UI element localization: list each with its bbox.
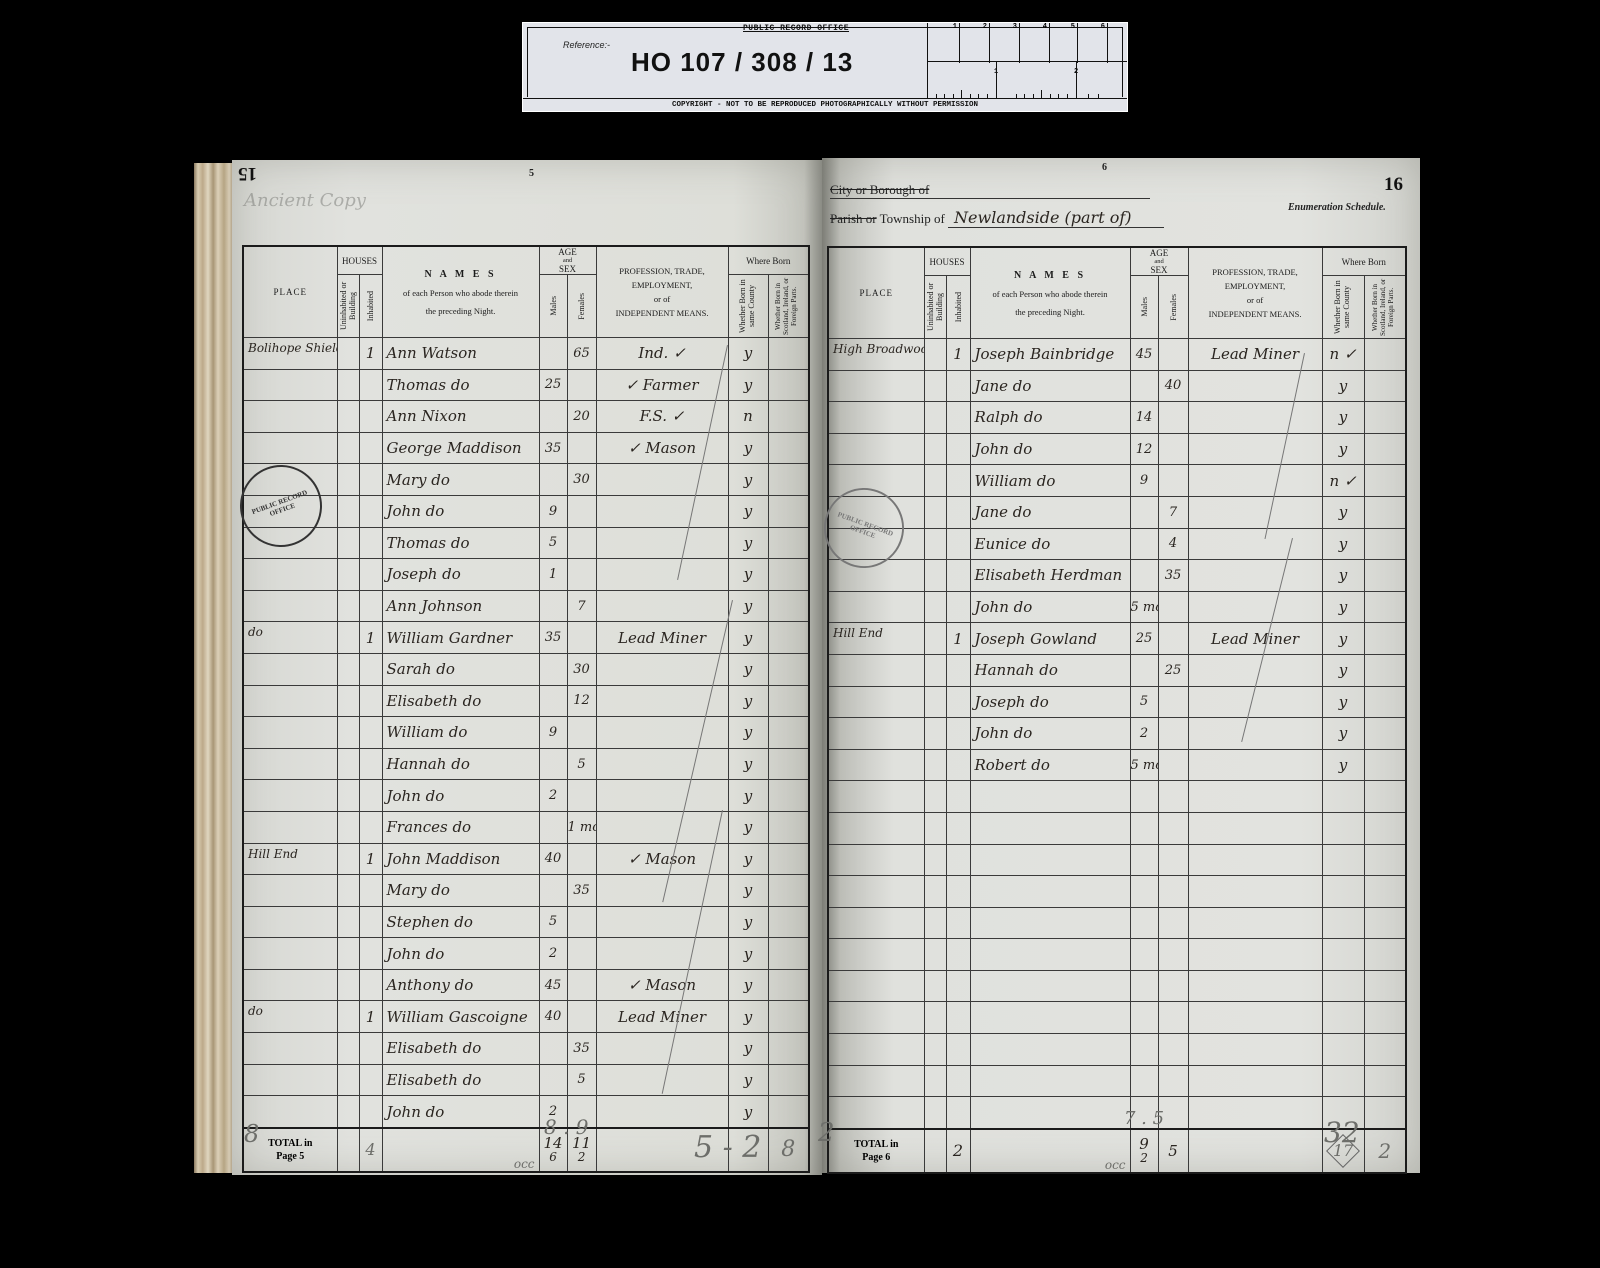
table-row: Elisabeth Herdman35y [828, 560, 1406, 592]
uninhabited-cell [337, 1033, 359, 1065]
margin-note-bottom-right: 32 [1324, 1116, 1360, 1149]
females-age-cell [567, 432, 596, 464]
same-county-cell [1322, 876, 1364, 908]
name-cell: John do [382, 780, 539, 812]
profession-cell: Lead Miner [1188, 623, 1322, 655]
place-cell: Hill End [828, 623, 924, 655]
inhabited-cell [359, 811, 382, 843]
foreign-parts-cell [1364, 560, 1406, 592]
foreign-parts-cell [768, 653, 809, 685]
place-cell [243, 401, 337, 433]
reference-piece: 308 [751, 47, 797, 77]
foreign-parts-cell [768, 559, 809, 591]
foreign-parts-cell [768, 1033, 809, 1065]
table-row [828, 1097, 1406, 1129]
same-county-cell [1322, 844, 1364, 876]
females-age-cell [1158, 623, 1188, 655]
right-table-body: High Broadwood1Joseph Bainbridge45Lead M… [828, 339, 1406, 1129]
males-age-cell: 35 [539, 622, 567, 654]
scale-ruler: 1 2 3 4 5 6 1 2 [927, 23, 1127, 99]
place-cell: Bolihope Shield [243, 338, 337, 370]
inhabited-cell [946, 433, 970, 465]
enumeration-schedule-label: Enumeration Schedule. [1288, 202, 1386, 213]
females-age-cell: 35 [1158, 560, 1188, 592]
foreign-parts-cell [1364, 370, 1406, 402]
header-females: Females [567, 275, 596, 338]
table-row: Jane do7y [828, 496, 1406, 528]
place-cell [828, 686, 924, 718]
header-same-county: Whether Born in same County [728, 275, 768, 338]
same-county-cell: y [1322, 370, 1364, 402]
name-cell: Elisabeth do [382, 1033, 539, 1065]
foreign-parts-cell [768, 748, 809, 780]
table-row: Mary do35y [243, 875, 809, 907]
uninhabited-cell [924, 718, 946, 750]
table-row: Hill End1Joseph Gowland25Lead Minery [828, 623, 1406, 655]
place-cell [828, 939, 924, 971]
inhabited-cell [946, 939, 970, 971]
same-county-cell: y [1322, 496, 1364, 528]
profession-cell [1188, 560, 1322, 592]
inhabited-cell [946, 876, 970, 908]
males-age-cell: 5 months [1130, 591, 1158, 623]
name-cell [970, 812, 1130, 844]
foreign-parts-cell [1364, 339, 1406, 371]
females-age-cell: 1 month [567, 811, 596, 843]
males-age-cell: 40 [539, 1001, 567, 1033]
total-label: TOTAL inPage 6 [828, 1129, 924, 1173]
reference-prefix: Reference:- [563, 40, 610, 50]
uninhabited-cell [924, 1034, 946, 1066]
uninhabited-cell [924, 812, 946, 844]
inhabited-cell [359, 717, 382, 749]
ruler-cm-2: 2 [960, 23, 990, 63]
total-males: 92 [1130, 1129, 1158, 1173]
females-age-cell [567, 527, 596, 559]
foreign-parts-cell [1364, 939, 1406, 971]
females-age-cell: 5 [567, 748, 596, 780]
same-county-cell [1322, 970, 1364, 1002]
inhabited-cell [946, 970, 970, 1002]
inhabited-cell [946, 907, 970, 939]
females-age-cell [1158, 1002, 1188, 1034]
profession-cell [1188, 1002, 1322, 1034]
table-row: John do5 monthsy [828, 591, 1406, 623]
header-age-sex: AGE and SEX [1130, 247, 1188, 276]
name-cell: Thomas do [382, 369, 539, 401]
name-cell: Joseph do [382, 559, 539, 591]
header-houses: HOUSES [337, 246, 382, 275]
inhabited-cell: 1 [946, 623, 970, 655]
inhabited-cell [359, 1033, 382, 1065]
same-county-cell [1322, 812, 1364, 844]
header-where-born: Where Born [728, 246, 809, 275]
same-county-cell: y [728, 843, 768, 875]
foreign-parts-cell [768, 843, 809, 875]
foreign-parts-cell [768, 1001, 809, 1033]
females-age-cell [1158, 433, 1188, 465]
name-cell: John do [970, 718, 1130, 750]
females-age-cell [567, 969, 596, 1001]
males-age-cell: 5 [1130, 686, 1158, 718]
inhabited-cell [946, 654, 970, 686]
uninhabited-cell [924, 907, 946, 939]
inhabited-cell: 1 [359, 843, 382, 875]
table-row [828, 970, 1406, 1002]
inhabited-cell [359, 938, 382, 970]
header-foreign-parts: Whether Born in Scotland, Ireland, or Fo… [768, 275, 809, 338]
table-row [828, 876, 1406, 908]
females-age-cell [567, 559, 596, 591]
table-row: Hannah do5y [243, 748, 809, 780]
profession-cell [596, 811, 728, 843]
name-cell [970, 1097, 1130, 1129]
table-row: Joseph do1y [243, 559, 809, 591]
males-age-cell: 12 [1130, 433, 1158, 465]
name-cell: William Gascoigne [382, 1001, 539, 1033]
inhabited-cell [359, 401, 382, 433]
place-cell: do [243, 1001, 337, 1033]
uninhabited-cell [924, 402, 946, 434]
place-cell [828, 844, 924, 876]
name-cell [970, 1065, 1130, 1097]
same-county-cell: y [728, 464, 768, 496]
foreign-parts-cell [1364, 465, 1406, 497]
foreign-parts-cell [1364, 1002, 1406, 1034]
females-age-cell [1158, 844, 1188, 876]
females-age-cell [1158, 465, 1188, 497]
inhabited-cell: 1 [359, 622, 382, 654]
males-age-cell: 14 [1130, 402, 1158, 434]
profession-cell [596, 938, 728, 970]
uninhabited-cell [337, 1096, 359, 1128]
females-age-cell: 35 [567, 875, 596, 907]
table-row: George Maddison35✓ Masony [243, 432, 809, 464]
same-county-cell [1322, 1065, 1364, 1097]
same-county-cell: n ✓ [1322, 465, 1364, 497]
females-age-cell [567, 938, 596, 970]
same-county-cell: y [1322, 591, 1364, 623]
inhabited-cell: 1 [946, 339, 970, 371]
margin-note-bottom-left: 8 [244, 1120, 259, 1148]
name-cell [970, 939, 1130, 971]
males-age-cell: 2 [1130, 718, 1158, 750]
table-row: Robert do5 monthsy [828, 749, 1406, 781]
females-age-cell [567, 622, 596, 654]
same-county-cell: y [728, 938, 768, 970]
profession-cell [1188, 1034, 1322, 1066]
table-row: Stephen do5y [243, 906, 809, 938]
females-age-cell [1158, 402, 1188, 434]
table-row: Eunice do4y [828, 528, 1406, 560]
header-males: Males [1130, 276, 1158, 339]
table-row: John do9y [243, 495, 809, 527]
inhabited-cell [946, 781, 970, 813]
males-age-cell [1130, 970, 1158, 1002]
foreign-parts-cell [1364, 907, 1406, 939]
table-row: John do2y [243, 780, 809, 812]
uninhabited-cell [924, 433, 946, 465]
males-age-cell: 40 [539, 843, 567, 875]
reference-series: HO 107 [631, 47, 727, 77]
place-cell [828, 781, 924, 813]
profession-cell [1188, 496, 1322, 528]
table-row: John do12y [828, 433, 1406, 465]
foreign-parts-cell [1364, 718, 1406, 750]
township-line: Parish or Township of Newlandside (part … [830, 208, 1164, 228]
header-place: PLACE [243, 246, 337, 338]
profession-cell: F.S. ✓ [596, 401, 728, 433]
margin-note-ages: 7 . 5 [1124, 1108, 1164, 1129]
inhabited-cell [946, 844, 970, 876]
females-age-cell [1158, 718, 1188, 750]
same-county-cell: y [728, 590, 768, 622]
same-county-cell [1322, 939, 1364, 971]
table-row: Anthony do45✓ Masony [243, 969, 809, 1001]
place-cell [243, 906, 337, 938]
name-cell: Thomas do [382, 527, 539, 559]
inhabited-cell [359, 969, 382, 1001]
foreign-parts-cell [1364, 844, 1406, 876]
name-cell: Hannah do [970, 654, 1130, 686]
profession-cell [1188, 686, 1322, 718]
uninhabited-cell [337, 495, 359, 527]
left-table-body: Bolihope Shield1Ann Watson65Ind. ✓yThoma… [243, 338, 809, 1128]
table-row: Elisabeth do12y [243, 685, 809, 717]
foreign-parts-cell [768, 875, 809, 907]
uninhabited-cell [924, 749, 946, 781]
males-age-cell [1130, 496, 1158, 528]
left-page-number: 5 [529, 168, 534, 179]
city-borough-label: City or Borough of [830, 182, 929, 197]
foreign-parts-cell [768, 1096, 809, 1128]
margin-note-bottom-left: 2 [818, 1118, 835, 1148]
uninhabited-cell [337, 338, 359, 370]
name-cell: Sarah do [382, 653, 539, 685]
copyright-notice: COPYRIGHT - NOT TO BE REPRODUCED PHOTOGR… [523, 98, 1127, 111]
same-county-cell [1322, 1034, 1364, 1066]
table-row: Thomas do5y [243, 527, 809, 559]
profession-cell [1188, 433, 1322, 465]
foreign-parts-cell [768, 590, 809, 622]
right-page: 6 16 City or Borough of Parish or Townsh… [822, 158, 1420, 1173]
place-cell [243, 653, 337, 685]
profession-cell [596, 717, 728, 749]
same-county-cell: y [1322, 433, 1364, 465]
uninhabited-cell [337, 401, 359, 433]
name-cell: William do [970, 465, 1130, 497]
foreign-parts-cell [768, 685, 809, 717]
table-row [828, 781, 1406, 813]
table-row [828, 939, 1406, 971]
females-age-cell [1158, 907, 1188, 939]
profession-cell [1188, 939, 1322, 971]
females-age-cell: 30 [567, 653, 596, 685]
place-cell [243, 369, 337, 401]
males-age-cell [1130, 907, 1158, 939]
ruler-cm-6: 6 [1078, 23, 1108, 63]
place-cell [243, 1033, 337, 1065]
inhabited-cell [946, 749, 970, 781]
uninhabited-cell [924, 1065, 946, 1097]
profession-cell [596, 1096, 728, 1128]
place-cell: High Broadwood [828, 339, 924, 371]
females-age-cell: 7 [567, 590, 596, 622]
males-age-cell: 1 [539, 559, 567, 591]
uninhabited-cell [337, 1001, 359, 1033]
profession-cell: ✓ Mason [596, 969, 728, 1001]
males-age-cell: 9 [539, 495, 567, 527]
same-county-cell: y [728, 432, 768, 464]
profession-cell: Ind. ✓ [596, 338, 728, 370]
uninhabited-cell [337, 685, 359, 717]
males-age-cell [539, 1033, 567, 1065]
same-county-cell: y [728, 1001, 768, 1033]
same-county-cell: n ✓ [1322, 339, 1364, 371]
place-cell [243, 748, 337, 780]
females-age-cell: 25 [1158, 654, 1188, 686]
foreign-parts-cell [768, 780, 809, 812]
total-names-note: occ [382, 1128, 539, 1172]
table-row: William do9y [243, 717, 809, 749]
inhabited-cell [946, 528, 970, 560]
inhabited-cell [359, 559, 382, 591]
females-age-cell [567, 717, 596, 749]
foreign-parts-cell [1364, 876, 1406, 908]
uninhabited-cell [337, 653, 359, 685]
males-age-cell [539, 401, 567, 433]
uninhabited-cell [337, 875, 359, 907]
name-cell: Ann Watson [382, 338, 539, 370]
uninhabited-cell [924, 939, 946, 971]
foreign-parts-cell [768, 811, 809, 843]
profession-cell [1188, 812, 1322, 844]
uninhabited-cell [924, 623, 946, 655]
females-age-cell [1158, 876, 1188, 908]
females-age-cell [1158, 812, 1188, 844]
place-cell: Hill End [243, 843, 337, 875]
place-cell: do [243, 622, 337, 654]
name-cell: Elisabeth do [382, 1064, 539, 1096]
total-row-right: TOTAL inPage 6 2 occ 92 5 17 2 [828, 1129, 1406, 1173]
name-cell: Elisabeth do [382, 685, 539, 717]
uninhabited-cell [337, 906, 359, 938]
foreign-parts-cell [1364, 970, 1406, 1002]
ruler-cm-5: 5 [1050, 23, 1078, 63]
foreign-parts-cell [1364, 812, 1406, 844]
place-cell [828, 876, 924, 908]
females-age-cell: 35 [567, 1033, 596, 1065]
same-county-cell: y [1322, 749, 1364, 781]
header-names: N A M E S of each Person who abode there… [382, 246, 539, 338]
census-table-left: PLACE HOUSES N A M E S of each Person wh… [242, 245, 810, 1173]
place-cell [243, 590, 337, 622]
place-cell [828, 402, 924, 434]
males-age-cell [1130, 370, 1158, 402]
name-cell [970, 781, 1130, 813]
inhabited-cell [946, 1097, 970, 1129]
name-cell: John do [970, 591, 1130, 623]
inhabited-cell [946, 1065, 970, 1097]
name-cell: Mary do [382, 875, 539, 907]
profession-cell [1188, 718, 1322, 750]
inhabited-cell [359, 590, 382, 622]
females-age-cell [567, 843, 596, 875]
place-cell [243, 780, 337, 812]
place-cell [243, 717, 337, 749]
total-females: 5 [1158, 1129, 1188, 1173]
table-row: Ann Nixon20F.S. ✓n [243, 401, 809, 433]
right-page-number: 6 [1102, 162, 1107, 173]
name-cell: Ann Nixon [382, 401, 539, 433]
males-age-cell [1130, 560, 1158, 592]
foreign-parts-cell [1364, 686, 1406, 718]
table-row: Elisabeth do5y [243, 1064, 809, 1096]
table-row: Hill End1John Maddison40✓ Masony [243, 843, 809, 875]
margin-note-bottom-right: 5 - 2 [694, 1130, 761, 1165]
table-row: Sarah do30y [243, 653, 809, 685]
foreign-parts-cell [768, 622, 809, 654]
same-county-cell: n [728, 401, 768, 433]
profession-cell [596, 780, 728, 812]
profession-cell [1188, 876, 1322, 908]
office-name: PUBLIC RECORD OFFICE [743, 24, 849, 33]
ruler-cm-4: 4 [1020, 23, 1050, 63]
table-row [828, 1002, 1406, 1034]
foreign-parts-cell [1364, 528, 1406, 560]
place-cell [828, 1034, 924, 1066]
foreign-parts-cell [768, 464, 809, 496]
total-foreign: 8 [768, 1128, 809, 1172]
males-age-cell [1130, 844, 1158, 876]
table-row: William do9n ✓ [828, 465, 1406, 497]
name-cell [970, 970, 1130, 1002]
table-row: John do2y [243, 938, 809, 970]
uninhabited-cell [337, 938, 359, 970]
uninhabited-cell [337, 969, 359, 1001]
total-names-note: occ [970, 1129, 1130, 1173]
inhabited-cell [946, 1034, 970, 1066]
header-uninhabited: Uninhabited or Building [924, 276, 946, 339]
males-age-cell [539, 811, 567, 843]
same-county-cell: y [728, 685, 768, 717]
same-county-cell: y [728, 1064, 768, 1096]
table-row: Hannah do25y [828, 654, 1406, 686]
inhabited-cell [359, 653, 382, 685]
uninhabited-cell [924, 686, 946, 718]
place-cell [828, 1002, 924, 1034]
males-age-cell: 5 [539, 527, 567, 559]
header-inhabited: Inhabited [359, 275, 382, 338]
place-cell [243, 432, 337, 464]
header-where-born: Where Born [1322, 247, 1406, 276]
uninhabited-cell [337, 780, 359, 812]
same-county-cell [1322, 907, 1364, 939]
females-age-cell [567, 495, 596, 527]
township-value: Newlandside (part of) [948, 208, 1164, 228]
males-age-cell [1130, 1002, 1158, 1034]
profession-cell [1188, 465, 1322, 497]
males-age-cell: 25 [539, 369, 567, 401]
place-cell [243, 811, 337, 843]
females-age-cell [1158, 939, 1188, 971]
book-page-edges [194, 163, 234, 1173]
place-cell [828, 1097, 924, 1129]
same-county-cell: y [1322, 623, 1364, 655]
name-cell: John do [382, 495, 539, 527]
inhabited-cell: 1 [359, 338, 382, 370]
uninhabited-cell [924, 528, 946, 560]
